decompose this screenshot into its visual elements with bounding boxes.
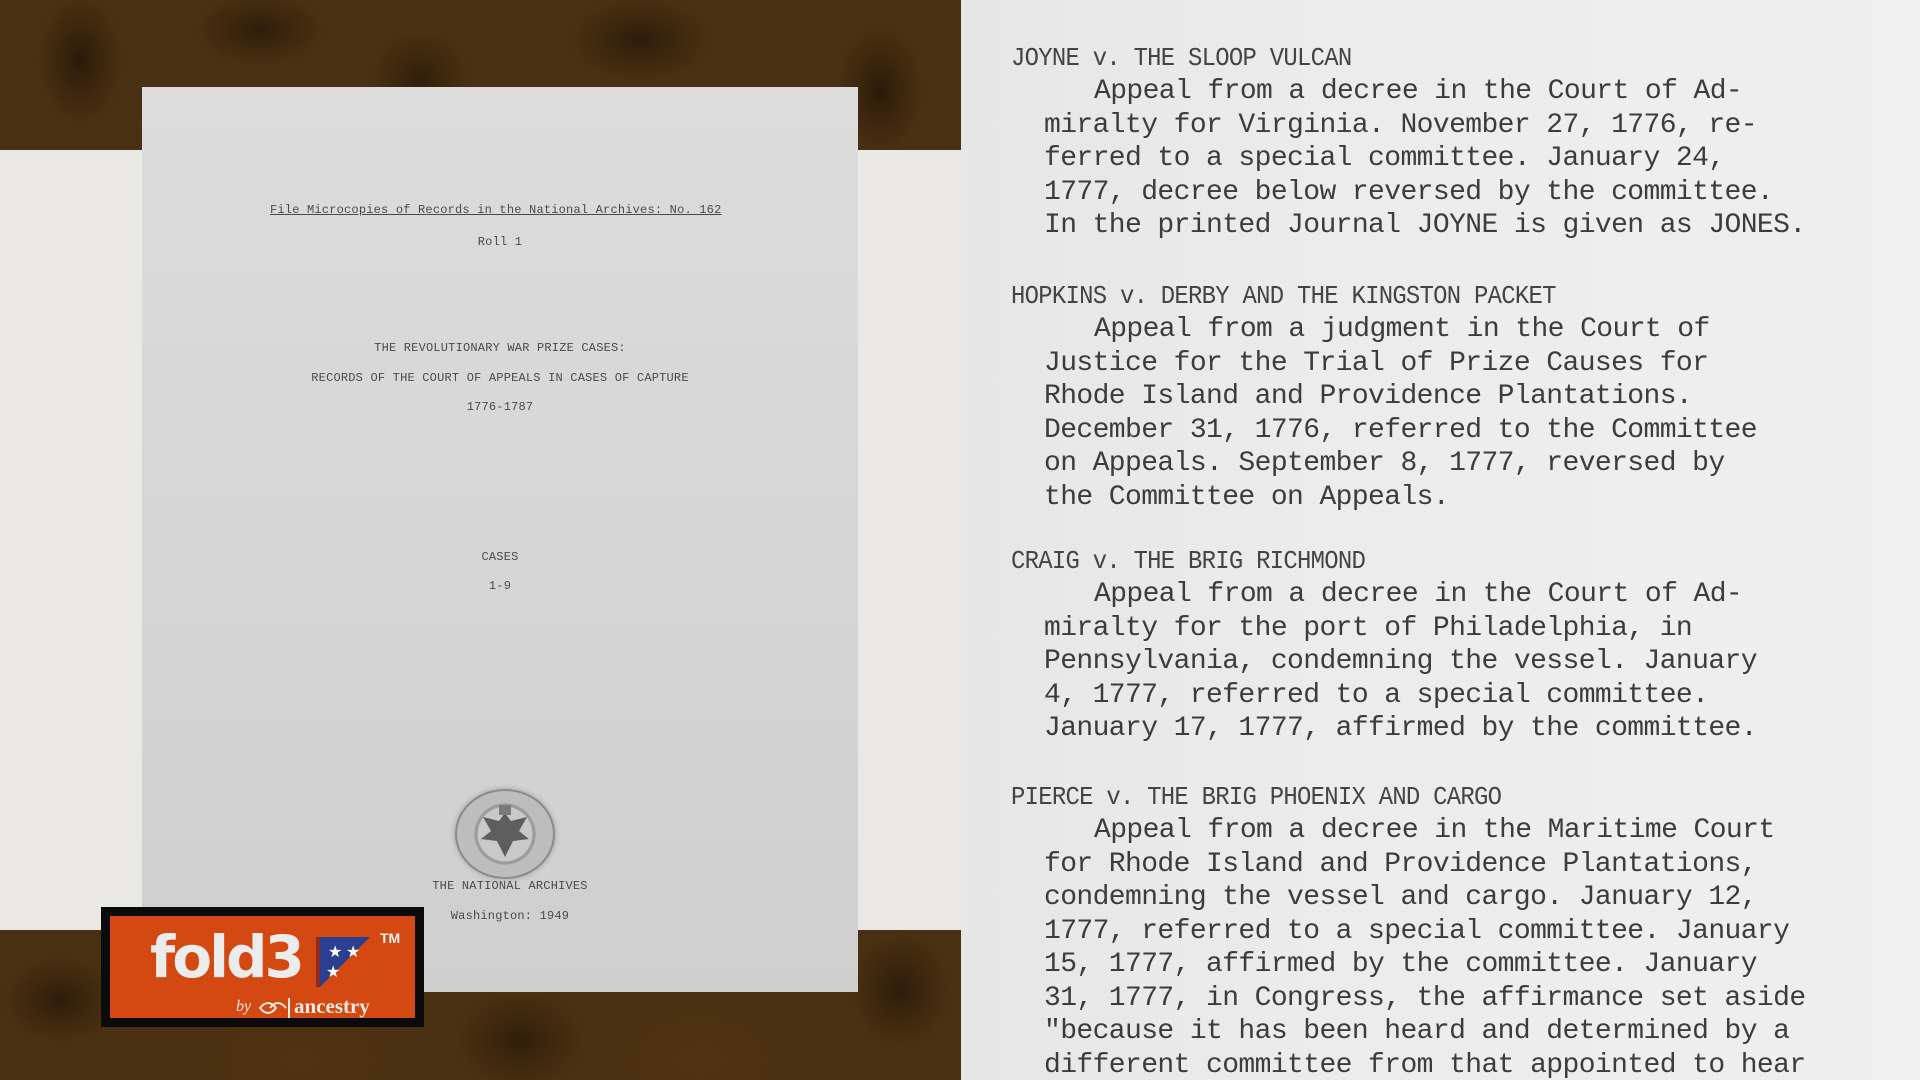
- case-entry: HOPKINS v. DERBY AND THE KINGSTON PACKET…: [1011, 280, 1891, 514]
- case-line: miralty for the port of Philadelphia, in: [1011, 612, 1891, 646]
- doc-cases-range: 1-9: [142, 579, 858, 593]
- case-entry: JOYNE v. THE SLOOP VULCAN Appeal from a …: [1011, 42, 1891, 243]
- svg-text:★: ★: [328, 942, 342, 961]
- fold3-logo: fold3 ★ ★ ★ TM by ancestry: [101, 907, 424, 1027]
- case-line: 1777, referred to a special committee. J…: [1011, 915, 1891, 949]
- case-title: CRAIG v. THE BRIG RICHMOND: [1011, 545, 1821, 578]
- national-archives-seal-icon: [455, 789, 555, 879]
- doc-years: 1776-1787: [142, 400, 858, 414]
- case-line: 4, 1777, referred to a special committee…: [1011, 679, 1891, 713]
- case-line: condemning the vessel and cargo. January…: [1011, 881, 1891, 915]
- case-line: 1777, decree below reversed by the commi…: [1011, 176, 1891, 210]
- doc-roll: Roll 1: [142, 235, 858, 249]
- case-line: for Rhode Island and Providence Plantati…: [1011, 848, 1891, 882]
- doc-heading-2: RECORDS OF THE COURT OF APPEALS IN CASES…: [142, 371, 858, 385]
- svg-text:★: ★: [326, 962, 340, 981]
- case-line: Justice for the Trial of Prize Causes fo…: [1011, 347, 1891, 381]
- case-line: ferred to a special committee. January 2…: [1011, 142, 1891, 176]
- case-line: Pennsylvania, condemning the vessel. Jan…: [1011, 645, 1891, 679]
- case-summary-page: JOYNE v. THE SLOOP VULCAN Appeal from a …: [961, 0, 1920, 1080]
- case-title: HOPKINS v. DERBY AND THE KINGSTON PACKET: [1011, 280, 1821, 313]
- microfilm-title-page: File Microcopies of Records in the Natio…: [142, 87, 858, 992]
- case-line: on Appeals. September 8, 1777, reversed …: [1011, 447, 1891, 481]
- doc-title: File Microcopies of Records in the Natio…: [270, 203, 721, 217]
- case-line: January 17, 1777, affirmed by the commit…: [1011, 712, 1891, 746]
- doc-publisher: THE NATIONAL ARCHIVES: [152, 879, 868, 893]
- case-line: In the printed Journal JOYNE is given as…: [1011, 209, 1891, 243]
- folded-flag-icon: ★ ★ ★: [316, 935, 372, 996]
- logo-wordmark: fold3: [150, 928, 302, 986]
- case-line: different committee from that appointed …: [1011, 1049, 1891, 1080]
- doc-heading-1: THE REVOLUTIONARY WAR PRIZE CASES:: [142, 341, 858, 355]
- case-title: PIERCE v. THE BRIG PHOENIX AND CARGO: [1011, 781, 1821, 814]
- logo-by: by: [236, 998, 251, 1016]
- logo-trademark: TM: [380, 930, 400, 946]
- case-line: 31, 1777, in Congress, the affirmance se…: [1011, 982, 1891, 1016]
- svg-text:★: ★: [346, 942, 360, 961]
- case-line: Appeal from a decree in the Court of Ad-: [1011, 75, 1891, 109]
- case-line: December 31, 1776, referred to the Commi…: [1011, 414, 1891, 448]
- case-line: miralty for Virginia. November 27, 1776,…: [1011, 109, 1891, 143]
- case-line: Appeal from a decree in the Maritime Cou…: [1011, 814, 1891, 848]
- ancestry-leaf-icon: [258, 996, 292, 1025]
- case-entry: CRAIG v. THE BRIG RICHMOND Appeal from a…: [1011, 545, 1891, 746]
- doc-cases-label: CASES: [142, 550, 858, 564]
- case-line: Appeal from a decree in the Court of Ad-: [1011, 578, 1891, 612]
- case-entry: PIERCE v. THE BRIG PHOENIX AND CARGO App…: [1011, 781, 1891, 1080]
- case-title: JOYNE v. THE SLOOP VULCAN: [1011, 42, 1821, 75]
- case-line: Appeal from a judgment in the Court of: [1011, 313, 1891, 347]
- logo-parent-brand: ancestry: [294, 994, 370, 1019]
- case-line: "because it has been heard and determine…: [1011, 1015, 1891, 1049]
- case-line: Rhode Island and Providence Plantations.: [1011, 380, 1891, 414]
- case-line: the Committee on Appeals.: [1011, 481, 1891, 515]
- case-line: 15, 1777, affirmed by the committee. Jan…: [1011, 948, 1891, 982]
